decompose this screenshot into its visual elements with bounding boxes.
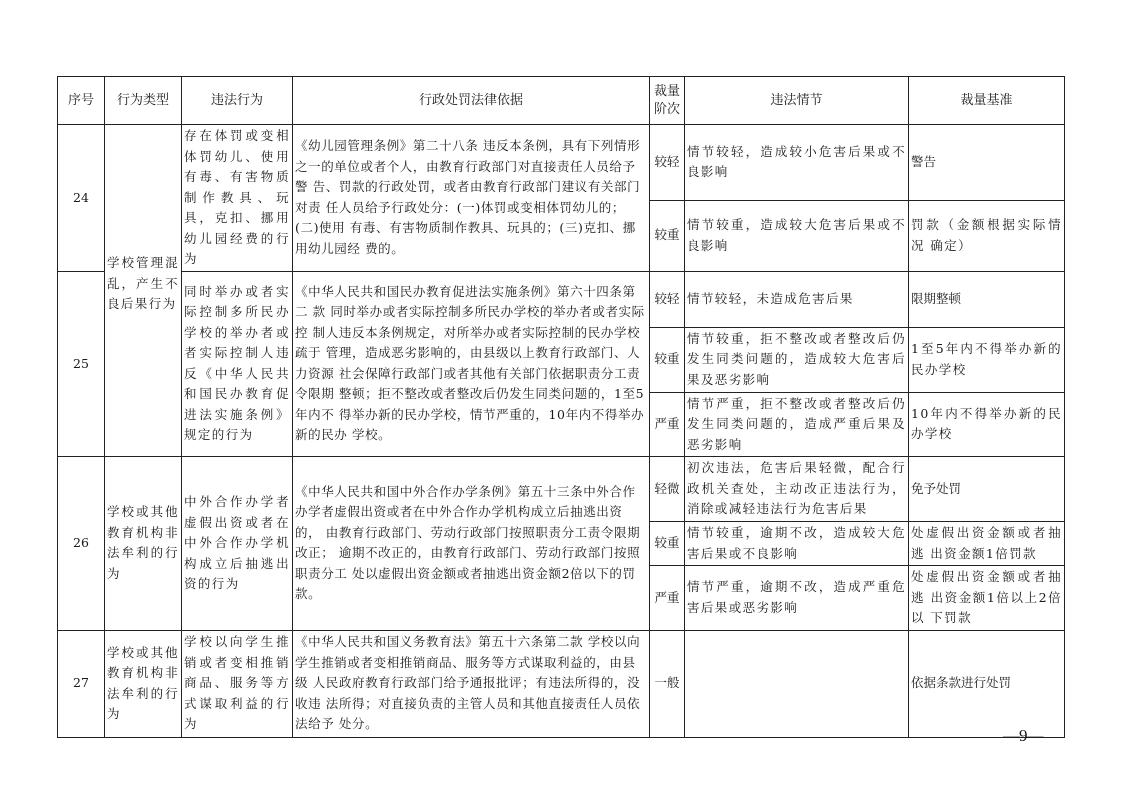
row-type: 学校或其他教育机构非法牟利的行为 (105, 630, 182, 737)
row-no: 25 (58, 271, 105, 457)
discretion-table: 序号 行为类型 违法行为 行政处罚法律依据 裁量阶次 违法情节 裁量基准 24 … (57, 76, 1065, 738)
table-row: 24 学校管理混乱，产生不良后果行为 存在体罚或变相体罚幼儿、使用有毒、有害物质… (58, 125, 1065, 201)
header-no: 序号 (58, 77, 105, 125)
header-type: 行为类型 (105, 77, 182, 125)
row-circumstance: 情节严重，拒不整改或者整改后仍发生同类问题的，造成严重后果及恶劣影响 (685, 392, 909, 457)
row-circumstance: 情节较重，逾期不改，造成较大危 害后果或不良影响 (685, 522, 909, 566)
row-level: 严重 (650, 566, 685, 631)
row-basis: 《中华人民共和国民办教育促进法实施条例》第六十四条第二 款 同时举办或者实际控制… (293, 271, 650, 457)
row-circumstance (685, 630, 909, 737)
row-act: 学校以向学生推销或者变相推销商品、服务等方式谋取利益的行为 (182, 630, 293, 737)
row-standard: 免予处罚 (909, 457, 1065, 522)
row-circumstance: 情节较轻，造成较小危害后果或不良影响 (685, 125, 909, 201)
row-level: 较重 (650, 327, 685, 392)
row-level: 一般 (650, 630, 685, 737)
row-level: 严重 (650, 392, 685, 457)
row-circumstance: 情节较重，造成较大危害后果或不良影响 (685, 200, 909, 271)
row-level: 较轻 (650, 271, 685, 327)
row-no: 26 (58, 457, 105, 631)
table-row: 25 同时举办或者实际控制多所民办学校的举办者或者实际控制人违反《中华人民共和国… (58, 271, 1065, 327)
row-standard: 处虚假出资金额或者抽逃 出资金额1倍以上2倍以 下罚款 (909, 566, 1065, 631)
row-basis: 《幼儿园管理条例》第二十八条 违反本条例，具有下列情形 之一的单位或者个人，由教… (293, 125, 650, 272)
page-number: —9— (1003, 726, 1043, 746)
row-basis: 《中华人民共和国义务教育法》第五十六条第二款 学校以向 学生推销或者变相推销商品… (293, 630, 650, 737)
row-no: 27 (58, 630, 105, 737)
row-standard: 限期整顿 (909, 271, 1065, 327)
table-row: 26 学校或其他教育机构非法牟利的行为 中外合作办学者虚假出资或者在中外合作办学… (58, 457, 1065, 522)
row-level: 轻微 (650, 457, 685, 522)
row-standard: 10年内不得举办新的民 办学校 (909, 392, 1065, 457)
row-act: 同时举办或者实际控制多所民办学校的举办者或者实际控制人违反《中华人民共和国民办教… (182, 271, 293, 457)
row-circumstance: 情节较重，拒不整改或者整改后仍发生同类问题的，造成较大危害后果及恶劣影响 (685, 327, 909, 392)
row-standard: 依据条款进行处罚 (909, 630, 1065, 737)
row-standard: 警告 (909, 125, 1065, 201)
header-act: 违法行为 (182, 77, 293, 125)
header-standard: 裁量基准 (909, 77, 1065, 125)
row-level: 较轻 (650, 125, 685, 201)
row-circumstance: 情节较轻，未造成危害后果 (685, 271, 909, 327)
row-standard: 罚款（金额根据实际情况 确定） (909, 200, 1065, 271)
row-circumstance: 初次违法，危害后果轻微，配合行政机关查处，主动改正违法行为，消除或减轻违法行为危… (685, 457, 909, 522)
header-circumstance: 违法情节 (685, 77, 909, 125)
row-type: 学校或其他教育机构非法牟利的行为 (105, 457, 182, 631)
row-circumstance: 情节严重，逾期不改，造成严重危 害后果或恶劣影响 (685, 566, 909, 631)
header-row: 序号 行为类型 违法行为 行政处罚法律依据 裁量阶次 违法情节 裁量基准 (58, 77, 1065, 125)
row-no: 24 (58, 125, 105, 272)
header-basis: 行政处罚法律依据 (293, 77, 650, 125)
row-standard: 1至5年内不得举办新的民办学校 (909, 327, 1065, 392)
row-act: 存在体罚或变相体罚幼儿、使用有毒、有害物质制作教具、玩具，克扣、挪用幼儿园经费的… (182, 125, 293, 272)
row-standard: 处虚假出资金额或者抽逃 出资金额1倍罚款 (909, 522, 1065, 566)
header-level: 裁量阶次 (650, 77, 685, 125)
row-basis: 《中华人民共和国中外合作办学条例》第五十三条中外合作 办学者虚假出资或者在中外合… (293, 457, 650, 631)
row-level: 较重 (650, 522, 685, 566)
table-row: 27 学校或其他教育机构非法牟利的行为 学校以向学生推销或者变相推销商品、服务等… (58, 630, 1065, 737)
row-act: 中外合作办学者虚假出资或者在中外合作办学机构成立后抽逃出资的行为 (182, 457, 293, 631)
row-level: 较重 (650, 200, 685, 271)
row-type: 学校管理混乱，产生不良后果行为 (105, 125, 182, 457)
